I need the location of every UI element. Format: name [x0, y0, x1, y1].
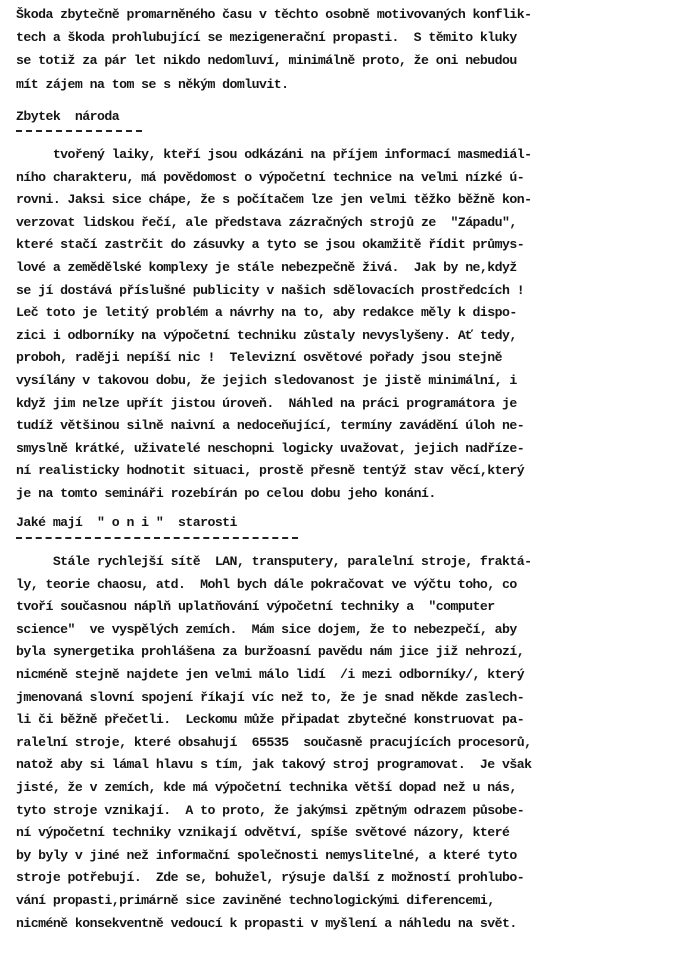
text-line: natož aby si lámal hlavu s tím, jak tako… — [16, 757, 531, 773]
text-line: verzovat lidskou řečí, ale představa záz… — [16, 215, 517, 231]
text-line: nicméně stejně najdete jen velmi málo li… — [16, 667, 524, 683]
text-line: science" ve vyspělých zemích. Mám sice d… — [16, 622, 517, 638]
text-line: ly, teorie chaosu, atd. Mohl bych dále p… — [16, 577, 517, 593]
section-heading-zbytek-naroda: Zbytek národa — [16, 109, 119, 125]
text-line: jmenovaná slovní spojení říkají víc než … — [16, 690, 524, 706]
text-line: Škoda zbytečně promarněného času v těcht… — [16, 7, 531, 23]
text-line: ního charakteru, má povědomost o výpočet… — [16, 170, 524, 186]
text-line: li či běžně přečetli. Leckomu může připa… — [16, 712, 524, 728]
section-heading-jake-maji-oni-starosti: Jaké mají " o n i " starosti — [16, 515, 237, 531]
text-line: proboh, raději nepíší nic ! Televizní os… — [16, 350, 502, 366]
text-line: když jim nelze upřít jistou úroveň. Náhl… — [16, 396, 517, 412]
text-line: stroje potřebují. Zde se, bohužel, rýsuj… — [16, 870, 524, 886]
text-line: tvořený laiky, kteří jsou odkázáni na př… — [16, 147, 531, 163]
text-line: které stačí zastrčit do zásuvky a tyto s… — [16, 237, 524, 253]
text-line: tvoří současnou náplň uplatňování výpoče… — [16, 599, 495, 615]
text-line: smyslně krátké, uživatelé neschopni logi… — [16, 441, 524, 457]
text-line: vysílány v takovou dobu, že jejich sledo… — [16, 373, 517, 389]
text-line: rovni. Jaksi sice chápe, že s počítačem … — [16, 192, 531, 208]
text-line: nicméně konsekventně vedoucí k propasti … — [16, 916, 517, 932]
text-line: ní realisticky hodnotit situaci, prostě … — [16, 463, 524, 479]
text-line: mít zájem na tom se s někým domluvit. — [16, 77, 288, 93]
heading-underline — [16, 130, 142, 132]
text-line: se jí dostává příslušné publicity v naši… — [16, 283, 524, 299]
text-line: lové a zemědělské komplexy je stále nebe… — [16, 260, 517, 276]
text-line: vání propasti,primárně sice zaviněné tec… — [16, 893, 495, 909]
text-line: tyto stroje vznikají. A to proto, že jak… — [16, 803, 524, 819]
text-line: Leč toto je letitý problém a návrhy na t… — [16, 305, 517, 321]
text-line: se totiž za pár let nikdo nedomluví, min… — [16, 53, 517, 69]
text-line: ralelní stroje, které obsahují 65535 sou… — [16, 735, 531, 751]
heading-underline — [16, 537, 298, 539]
text-line: tudíž většinou silně naivní a nedoceňují… — [16, 418, 524, 434]
typewritten-page: Škoda zbytečně promarněného času v těcht… — [0, 0, 674, 954]
text-line: ní výpočetní techniky vznikají odvětví, … — [16, 825, 509, 841]
text-line: tech a škoda prohlubující se mezigenerač… — [16, 30, 517, 46]
text-line: byla synergetika prohlášena za buržoasní… — [16, 644, 524, 660]
text-line: by byly v jiné než informační společnost… — [16, 848, 517, 864]
text-line: zici i odborníky na výpočetní techniku z… — [16, 328, 517, 344]
text-line: je na tomto semináři rozebírán po celou … — [16, 486, 436, 502]
text-line: jisté, že v zemích, kde má výpočetní tec… — [16, 780, 517, 796]
text-line: Stále rychlejší sítě LAN, transputery, p… — [16, 554, 531, 570]
